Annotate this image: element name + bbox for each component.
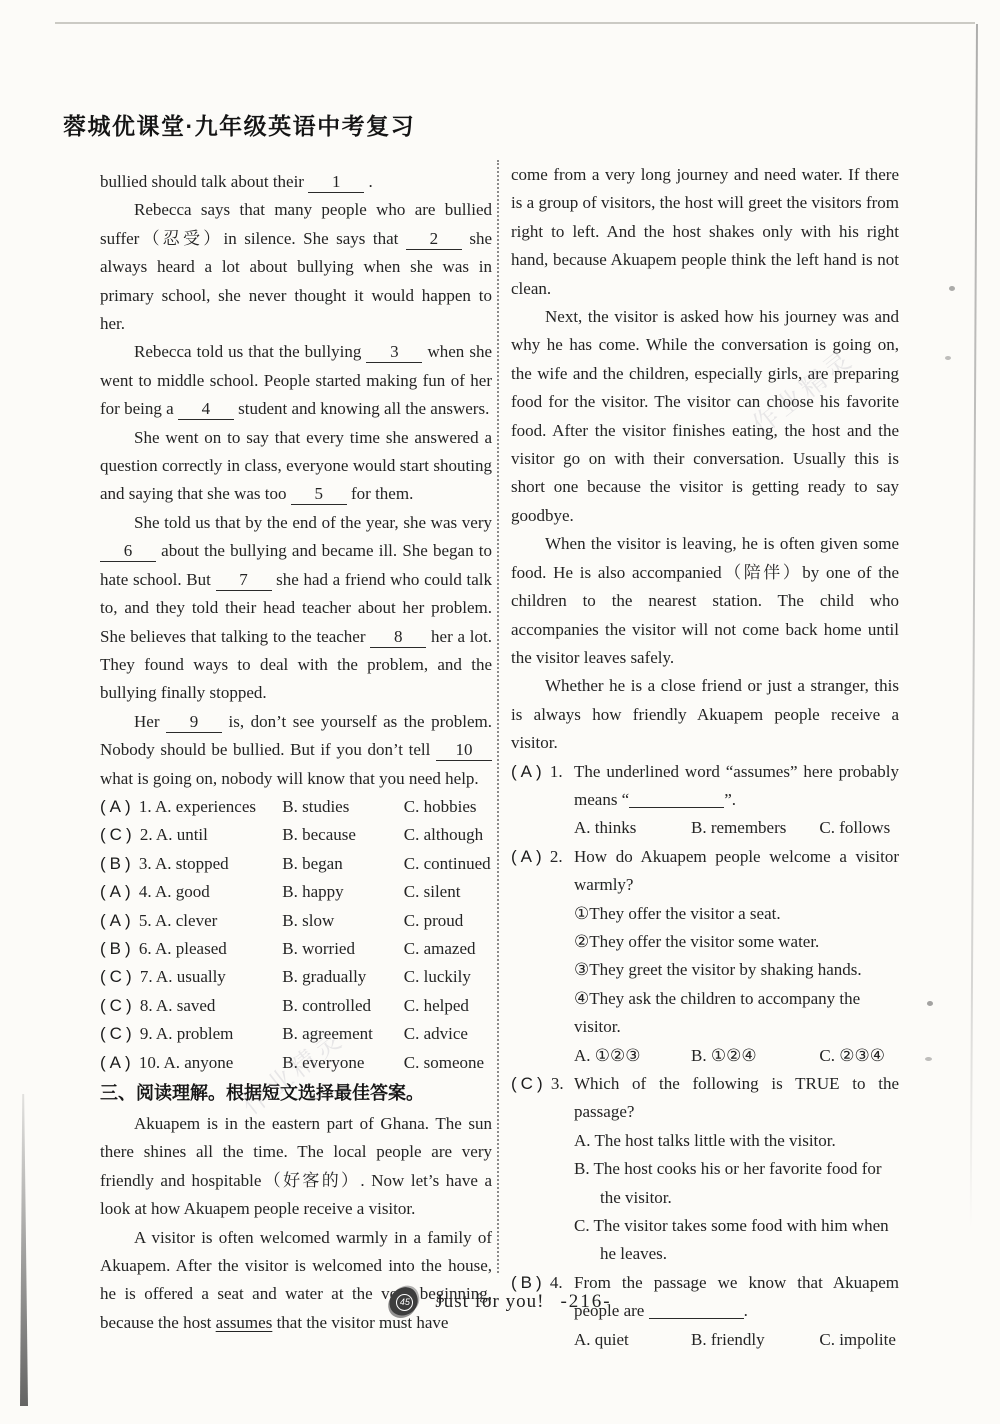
marked-answer-letter: (C) [100, 825, 136, 844]
cloze-option-c: C. silent [404, 878, 492, 906]
question-answer-prefix: (A) 1. [511, 758, 563, 786]
question-stem: Which of the following is TRUE to the pa… [574, 1070, 899, 1127]
cloze-option-c: C. luckily [404, 963, 492, 991]
cloze-option-c: C. helped [404, 992, 492, 1020]
option-c: C. impolite [819, 1326, 899, 1354]
numbered-blank-underline: 4 [178, 398, 234, 420]
page-header-title: 蓉城优课堂·九年级英语中考复习 [63, 108, 415, 141]
paragraph: When the visitor is leaving, he is often… [511, 530, 899, 672]
numbered-blank-underline: 1 [308, 171, 364, 193]
cloze-option-row: (C) 2. A. untilB. becauseC. although [100, 821, 492, 849]
cloze-option-row: (B) 3. A. stoppedB. beganC. continued [100, 850, 492, 878]
question-stem: The underlined word “assumes” here proba… [574, 758, 899, 815]
numbered-statement: ②They offer the visitor some water. [574, 928, 899, 956]
numbered-blank-underline: 10 [436, 739, 492, 761]
option-a: A. quiet [574, 1326, 691, 1354]
cloze-option-row: (B) 6. A. pleasedB. worriedC. amazed [100, 935, 492, 963]
paragraph: She went on to say that every time she a… [100, 424, 492, 509]
left-text-column: bullied should talk about their 1 .Rebec… [100, 168, 492, 1337]
numbered-blank-underline: 3 [366, 341, 422, 363]
marked-answer-letter: (C) [511, 1074, 547, 1093]
numbered-statement: ③They greet the visitor by shaking hands… [574, 956, 899, 984]
paragraph: Next, the visitor is asked how his journ… [511, 303, 899, 530]
cloze-answer-and-option-a: (C) 9. A. problem [100, 1020, 282, 1048]
numbered-blank-underline: 9 [166, 711, 222, 733]
numbered-blank-underline: 7 [216, 569, 272, 591]
numbered-statement: ④They ask the children to accompany the … [574, 985, 899, 1042]
option-line: C. The visitor takes some food with him … [574, 1212, 899, 1269]
cloze-answer-and-option-a: (A) 10. A. anyone [100, 1049, 282, 1077]
marked-answer-letter: (A) [100, 882, 135, 901]
cloze-option-c: C. although [404, 821, 492, 849]
question-answer-prefix: (C) 3. [511, 1070, 564, 1098]
option-b: B. remembers [691, 814, 819, 842]
marked-answer-letter: (B) [100, 854, 135, 873]
cloze-option-c: C. amazed [404, 935, 492, 963]
question-answer-prefix: (A) 2. [511, 843, 563, 871]
scanned-textbook-page: 蓉城优课堂·九年级英语中考复习 bullied should talk abou… [0, 0, 1000, 1424]
option-b: B. ①②④ [691, 1042, 819, 1070]
cloze-option-c: C. hobbies [404, 793, 492, 821]
paragraph: come from a very long journey and need w… [511, 161, 899, 303]
paragraph: Rebecca says that many people who are bu… [100, 196, 492, 338]
numbered-statement: ①They offer the visitor a seat. [574, 900, 899, 928]
cloze-option-b: B. worried [282, 935, 404, 963]
scan-speck [949, 286, 955, 291]
cloze-option-row: (A) 1. A. experiencesB. studiesC. hobbie… [100, 793, 492, 821]
cloze-option-row: (A) 5. A. cleverB. slowC. proud [100, 907, 492, 935]
right-text-column: come from a very long journey and need w… [511, 161, 899, 1354]
cloze-option-b: B. controlled [282, 992, 404, 1020]
numbered-blank-underline: 6 [100, 540, 156, 562]
option-line: B. The host cooks his or her favorite fo… [574, 1155, 899, 1212]
footer-slogan: Just for you! [435, 1291, 544, 1313]
scan-binding-shadow [20, 1094, 28, 1406]
cloze-option-c: C. advice [404, 1020, 492, 1048]
options-row: A. quietB. friendlyC. impolite [574, 1326, 899, 1354]
paragraph: Akuapem is in the eastern part of Ghana.… [100, 1110, 492, 1224]
cloze-option-b: B. gradually [282, 963, 404, 991]
options-row: A. ①②③B. ①②④C. ②③④ [574, 1042, 899, 1070]
cloze-option-b: B. happy [282, 878, 404, 906]
marked-answer-letter: (A) [100, 1053, 135, 1072]
cloze-option-row: (A) 10. A. anyoneB. everyoneC. someone [100, 1049, 492, 1077]
page-number: -216- [560, 1291, 611, 1313]
options-row: A. thinksB. remembersC. follows [574, 814, 899, 842]
cloze-options-table: (A) 1. A. experiencesB. studiesC. hobbie… [100, 793, 492, 1077]
cloze-answer-and-option-a: (C) 8. A. saved [100, 992, 282, 1020]
cloze-option-c: C. someone [404, 1049, 492, 1077]
numbered-blank-underline: 5 [291, 483, 347, 505]
page-footer: 45 Just for you! -216- [0, 1287, 1000, 1316]
blank-underline [629, 786, 724, 808]
cloze-answer-and-option-a: (B) 6. A. pleased [100, 935, 282, 963]
cloze-answer-and-option-a: (B) 3. A. stopped [100, 850, 282, 878]
option-a: A. ①②③ [574, 1042, 691, 1070]
reading-question: (A) 1.The underlined word “assumes” here… [511, 758, 899, 815]
cloze-answer-and-option-a: (C) 7. A. usually [100, 963, 282, 991]
cloze-option-b: B. everyone [282, 1049, 404, 1077]
marked-answer-letter: (A) [100, 797, 135, 816]
paragraph: Her 9 is, don’t see yourself as the prob… [100, 708, 492, 793]
publisher-flower-logo-icon: 45 [388, 1287, 419, 1316]
cloze-answer-and-option-a: (A) 4. A. good [100, 878, 282, 906]
scan-right-edge-line [970, 24, 978, 1229]
reading-question: (A) 2.How do Akuapem people welcome a vi… [511, 843, 899, 900]
logo-number: 45 [396, 1294, 413, 1311]
scan-top-edge-line [55, 22, 975, 24]
option-c: C. ②③④ [819, 1042, 899, 1070]
column-divider-dotted-line [497, 160, 499, 1273]
numbered-blank-underline: 8 [370, 626, 426, 648]
cloze-option-b: B. slow [282, 907, 404, 935]
scan-speck [925, 1057, 932, 1061]
option-a: A. thinks [574, 814, 691, 842]
option-c: C. follows [819, 814, 899, 842]
numbered-blank-underline: 2 [406, 228, 462, 250]
cloze-option-row: (C) 8. A. savedB. controlledC. helped [100, 992, 492, 1020]
cloze-option-b: B. because [282, 821, 404, 849]
marked-answer-letter: (A) [511, 762, 546, 781]
section-heading: 三、阅读理解。根据短文选择最佳答案。 [100, 1077, 492, 1110]
paragraph: Whether he is a close friend or just a s… [511, 672, 899, 757]
reading-question: (C) 3.Which of the following is TRUE to … [511, 1070, 899, 1127]
cloze-option-c: C. proud [404, 907, 492, 935]
paragraph: A visitor is often welcomed warmly in a … [100, 1224, 492, 1338]
paragraph: bullied should talk about their 1 . [100, 168, 492, 196]
cloze-answer-and-option-a: (C) 2. A. until [100, 821, 282, 849]
cloze-answer-and-option-a: (A) 5. A. clever [100, 907, 282, 935]
cloze-option-b: B. began [282, 850, 404, 878]
question-stem: How do Akuapem people welcome a visitor … [574, 843, 899, 900]
cloze-answer-and-option-a: (A) 1. A. experiences [100, 793, 282, 821]
cloze-option-row: (C) 9. A. problemB. agreementC. advice [100, 1020, 492, 1048]
marked-answer-letter: (C) [100, 967, 136, 986]
paragraph: Rebecca told us that the bullying 3 when… [100, 338, 492, 423]
marked-answer-letter: (A) [511, 847, 546, 866]
marked-answer-letter: (A) [100, 911, 135, 930]
paragraph: She told us that by the end of the year,… [100, 509, 492, 708]
marked-answer-letter: (B) [100, 939, 135, 958]
option-b: B. friendly [691, 1326, 819, 1354]
cloze-option-c: C. continued [404, 850, 492, 878]
cloze-option-row: (A) 4. A. goodB. happyC. silent [100, 878, 492, 906]
marked-answer-letter: (C) [100, 1024, 136, 1043]
cloze-option-row: (C) 7. A. usuallyB. graduallyC. luckily [100, 963, 492, 991]
marked-answer-letter: (C) [100, 996, 136, 1015]
scan-speck [927, 1001, 933, 1006]
scan-speck [945, 356, 951, 360]
cloze-option-b: B. agreement [282, 1020, 404, 1048]
cloze-option-b: B. studies [282, 793, 404, 821]
option-line: A. The host talks little with the visito… [574, 1127, 899, 1155]
